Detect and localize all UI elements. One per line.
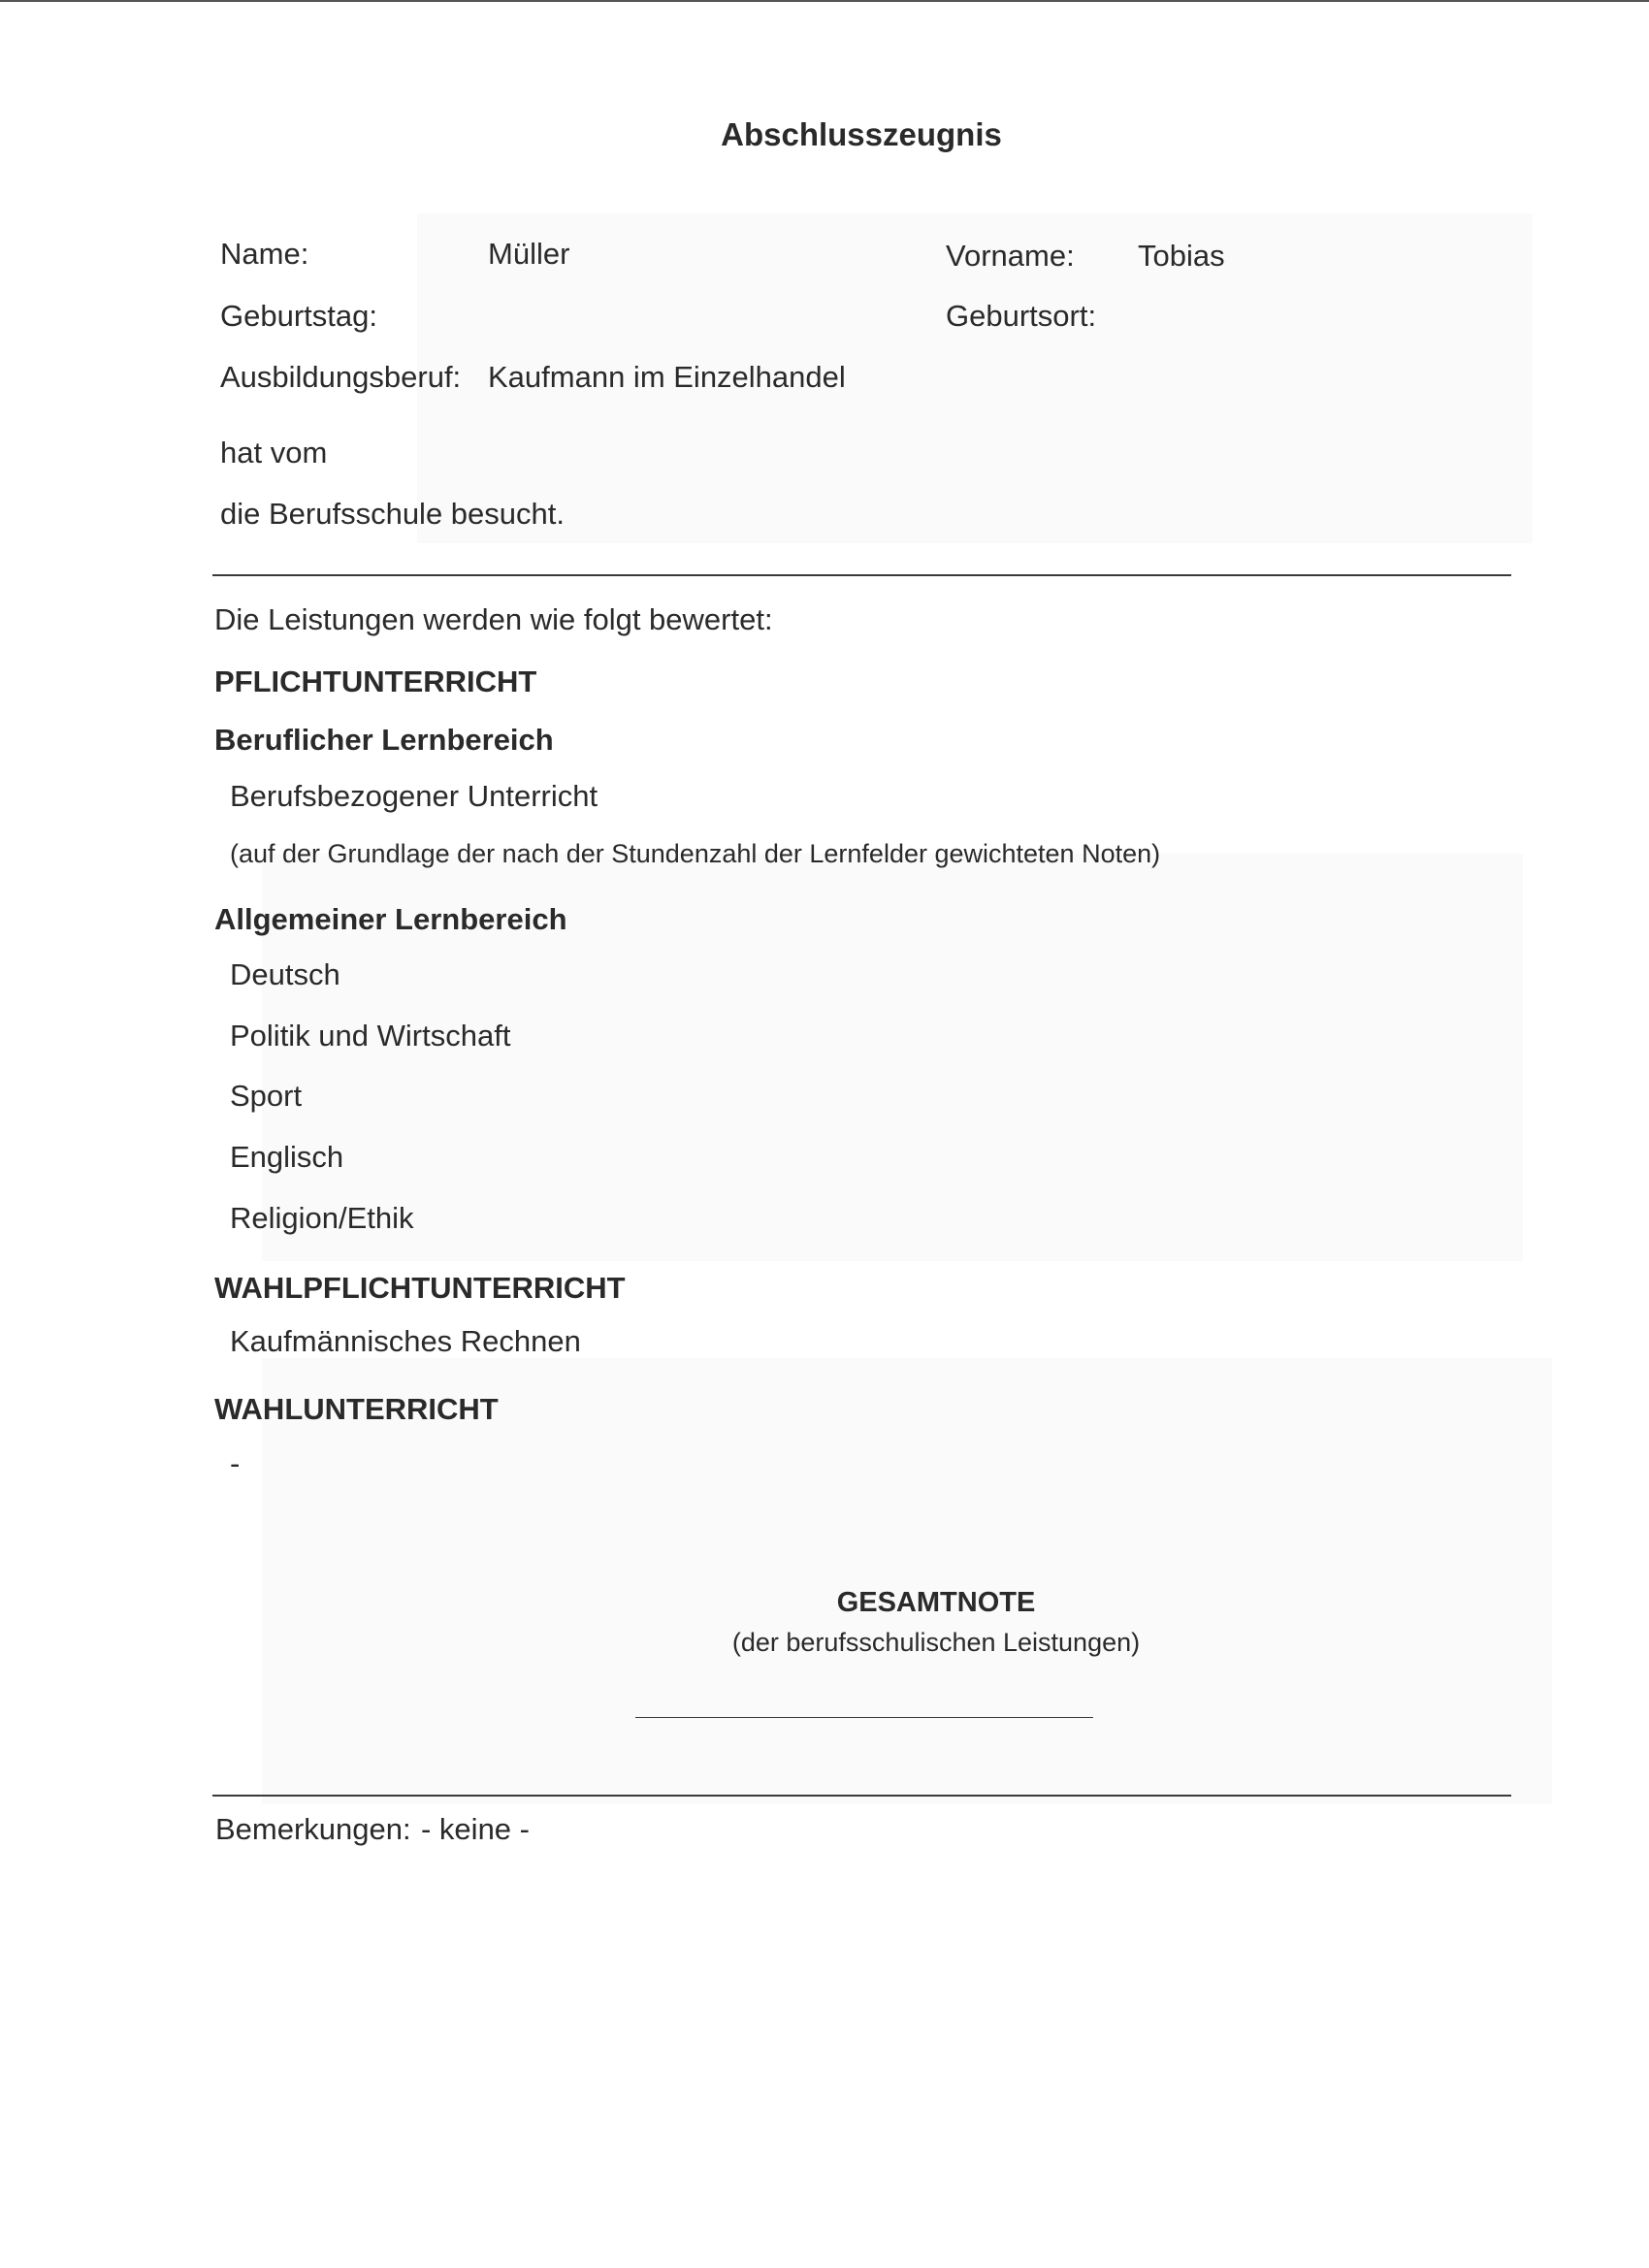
- subject-deutsch: Deutsch: [230, 959, 340, 989]
- section-pflichtunterricht: PFLICHTUNTERRICHT: [214, 666, 536, 697]
- subject-religion-ethik: Religion/Ethik: [230, 1203, 414, 1233]
- divider-bottom: [212, 1795, 1511, 1797]
- name-label: Name:: [220, 239, 308, 269]
- attendance-line-2: die Berufsschule besucht.: [220, 499, 565, 529]
- document-title: Abschlusszeugnis: [0, 118, 1649, 150]
- section-allgemeiner-lernbereich: Allgemeiner Lernbereich: [214, 904, 567, 934]
- geburtstag-label: Geburtstag:: [220, 301, 377, 331]
- section-wahlpflichtunterricht: WAHLPFLICHTUNTERRICHT: [214, 1273, 626, 1303]
- section-wahlunterricht: WAHLUNTERRICHT: [214, 1394, 499, 1424]
- subject-berufsbezogener-unterricht: Berufsbezogener Unterricht: [230, 781, 598, 811]
- name-value: Müller: [488, 239, 569, 269]
- attendance-line-1: hat vom: [220, 437, 327, 468]
- subject-politik-und-wirtschaft: Politik und Wirtschaft: [230, 1021, 510, 1051]
- divider-top: [212, 574, 1511, 576]
- subject-englisch: Englisch: [230, 1142, 343, 1172]
- page-top-edge: [0, 0, 1649, 2]
- beruflich-note: (auf der Grundlage der nach der Stundenz…: [230, 841, 1160, 867]
- ausbildungsberuf-label: Ausbildungsberuf:: [220, 362, 461, 392]
- vorname-label: Vorname:: [946, 241, 1075, 271]
- gesamtnote-subheading: (der berufsschulischen Leistungen): [0, 1630, 1649, 1656]
- remarks-value: - keine -: [421, 1814, 530, 1844]
- vorname-value: Tobias: [1138, 241, 1225, 271]
- subject-wahlunterricht-none: -: [230, 1448, 240, 1478]
- remarks-label: Bemerkungen:: [215, 1814, 411, 1844]
- assessment-intro: Die Leistungen werden wie folgt bewertet…: [214, 604, 773, 634]
- subject-kaufmaennisches-rechnen: Kaufmännisches Rechnen: [230, 1326, 581, 1356]
- geburtsort-label: Geburtsort:: [946, 301, 1096, 331]
- section-beruflicher-lernbereich: Beruflicher Lernbereich: [214, 725, 554, 755]
- gesamtnote-line: [635, 1717, 1093, 1718]
- gesamtnote-heading: GESAMTNOTE: [0, 1589, 1649, 1617]
- ausbildungsberuf-value: Kaufmann im Einzelhandel: [488, 362, 846, 392]
- subject-sport: Sport: [230, 1081, 302, 1111]
